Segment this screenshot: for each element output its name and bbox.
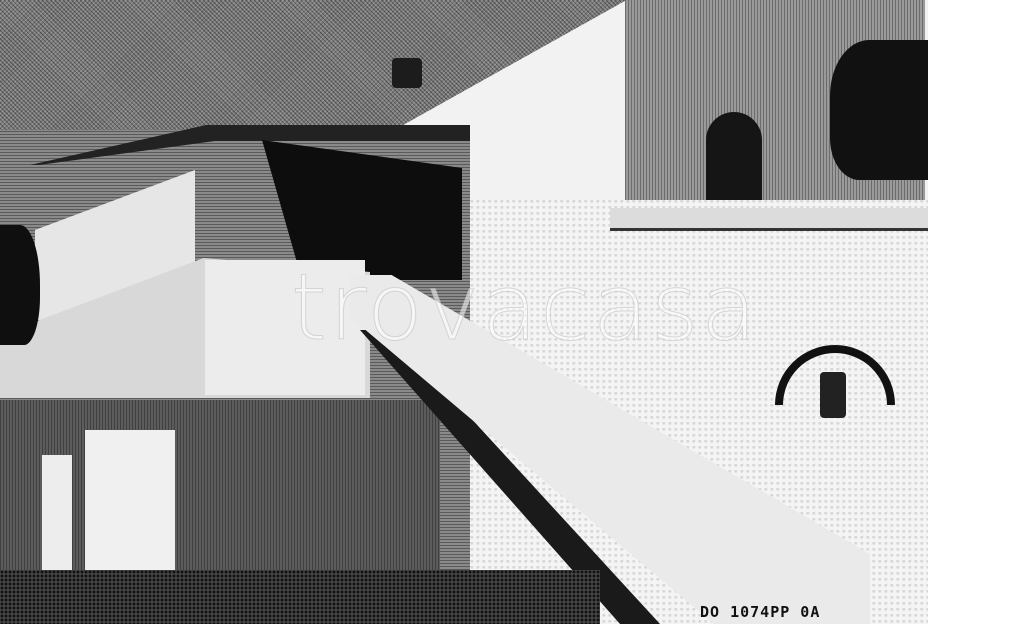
watermark: trovacasa: [265, 262, 785, 354]
tree-foliage-right: [830, 40, 928, 180]
side-window: [42, 455, 72, 575]
page-margin: [928, 0, 1024, 624]
cornice-ledge: [610, 208, 928, 231]
photo-caption: DO 1074PP 0A: [700, 603, 875, 621]
chimney: [392, 58, 422, 88]
hedge: [0, 570, 600, 624]
listing-photo-frame: trovacasa DO 1074PP 0A: [0, 0, 1024, 624]
tree-left: [0, 225, 40, 345]
doorway: [85, 430, 175, 580]
wall-lamp-icon: [820, 372, 846, 418]
house-photo: trovacasa DO 1074PP 0A: [0, 0, 928, 624]
